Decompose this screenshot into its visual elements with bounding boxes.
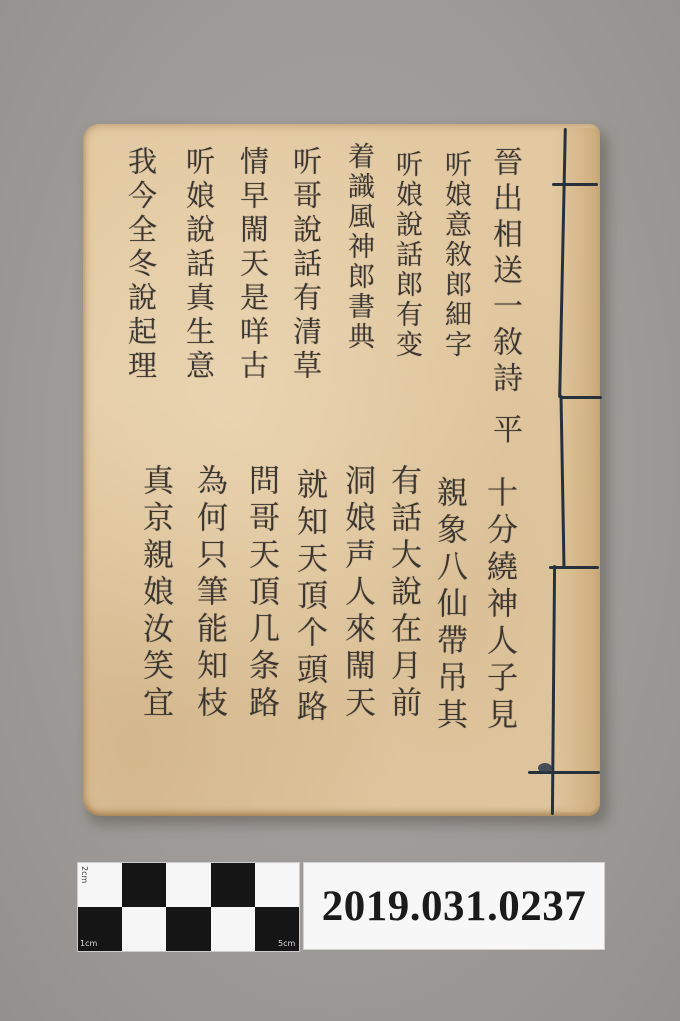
binding-stitch-2: [560, 396, 602, 399]
upper-column-4: 着識風神郎書典: [345, 142, 372, 352]
upper-column-8: 我今全冬說起理: [126, 146, 155, 384]
scale-square: [211, 863, 255, 907]
binding-spine: [552, 128, 600, 812]
scale-square: [166, 863, 210, 907]
lower-column-3: 有話大說在月前: [387, 464, 418, 723]
lower-column-4: 洞娘声人來閙天: [341, 464, 372, 723]
accession-number: 2019.031.0237: [322, 882, 587, 931]
scale-square: [122, 863, 166, 907]
upper-column-7: 听娘說話真生意: [184, 146, 213, 384]
scale-square: [255, 863, 299, 907]
scale-label-2cm: 2cm: [80, 866, 89, 883]
scale-square: [166, 907, 210, 951]
lower-column-6: 問哥天頂几条路: [245, 464, 276, 723]
binding-stitch-3: [549, 566, 599, 569]
scale-label-5cm: 5cm: [278, 939, 295, 948]
accession-label: 2019.031.0237: [303, 862, 605, 950]
upper-column-5: 听哥說話有清草: [291, 146, 320, 384]
lower-column-1: 十分繞神人子見: [483, 476, 514, 735]
upper-column-3: 听娘說話郎有变: [393, 150, 420, 360]
upper-column-2: 听娘意敘郎細字: [442, 150, 469, 360]
binding-stitch-4: [528, 771, 600, 774]
scale-square: [211, 907, 255, 951]
binding-stitch-1: [552, 183, 598, 186]
upper-column-6: 情早閙天是咩古: [238, 146, 267, 384]
lower-column-2: 親象八仙帶吊其: [433, 476, 464, 735]
lower-column-7: 為何只筆能知枝: [193, 464, 224, 723]
scale-label-1cm: 1cm: [80, 939, 97, 948]
lower-column-8: 真京親娘汝笑宜: [139, 464, 170, 723]
binding-knot: [538, 763, 552, 773]
scale-square: [122, 907, 166, 951]
upper-column-1: 晉出相送一敘詩 平: [489, 146, 519, 450]
color-scale-bar: [77, 862, 300, 952]
lower-column-5: 就知天頂个頭路: [293, 468, 324, 727]
book-page: 晉出相送一敘詩 平 听娘意敘郎細字 听娘說話郎有变 着識風神郎書典 听哥說話有清…: [83, 124, 600, 816]
